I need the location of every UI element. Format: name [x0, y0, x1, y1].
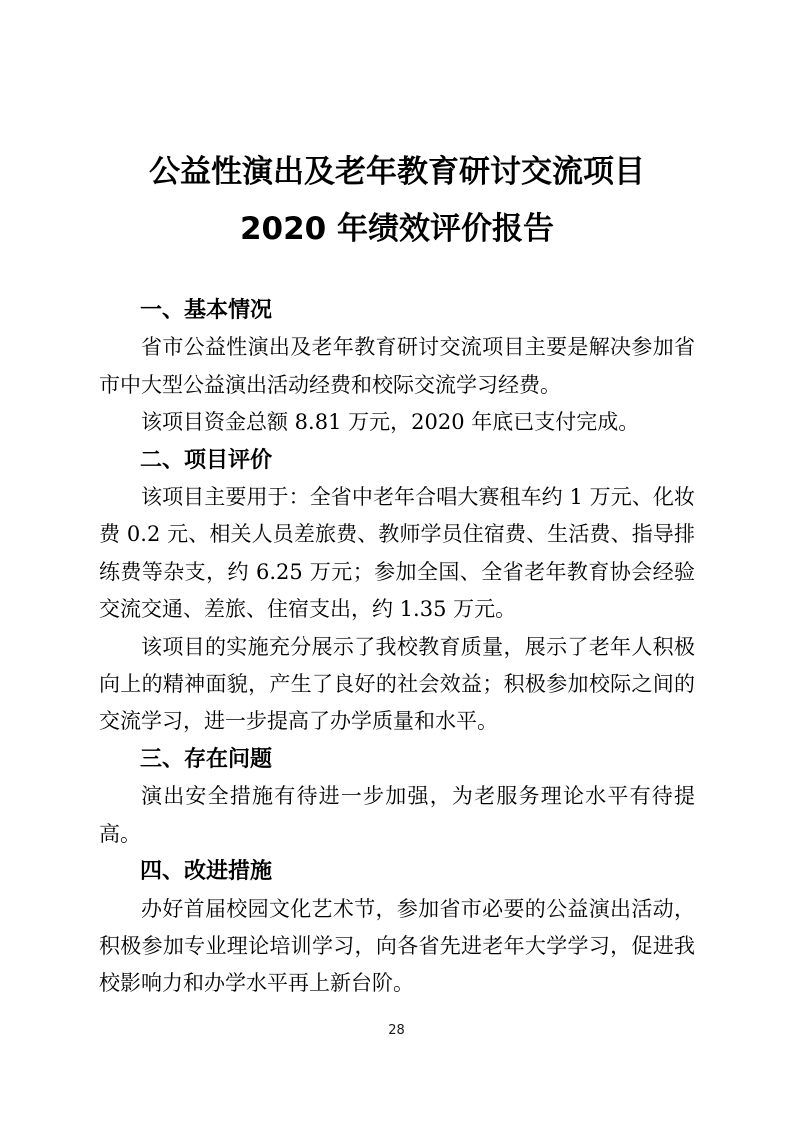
document-content: 公益性演出及老年教育研讨交流项目 2020 年绩效评价报告 一、基本情况 省市公… — [99, 0, 695, 1003]
document-body: 一、基本情况 省市公益性演出及老年教育研讨交流项目主要是解决参加省市中大型公益演… — [99, 292, 695, 1003]
title-line-1: 公益性演出及老年教育研讨交流项目 — [99, 144, 695, 201]
section-heading-basic-info: 一、基本情况 — [99, 292, 695, 329]
page-number: 28 — [0, 1022, 793, 1040]
document-title: 公益性演出及老年教育研讨交流项目 2020 年绩效评价报告 — [99, 144, 695, 258]
document-page: 公益性演出及老年教育研讨交流项目 2020 年绩效评价报告 一、基本情况 省市公… — [0, 0, 793, 1122]
paragraph-basic-info-2: 该项目资金总额 8.81 万元，2020 年底已支付完成。 — [99, 404, 695, 441]
section-heading-project-evaluation: 二、项目评价 — [99, 442, 695, 479]
paragraph-project-evaluation-1: 该项目主要用于：全省中老年合唱大赛租车约 1 万元、化妆费 0.2 元、相关人员… — [99, 479, 695, 629]
section-heading-existing-problems: 三、存在问题 — [99, 741, 695, 778]
section-heading-improvement-measures: 四、改进措施 — [99, 853, 695, 890]
paragraph-project-evaluation-2: 该项目的实施充分展示了我校教育质量，展示了老年人积极向上的精神面貌，产生了良好的… — [99, 629, 695, 741]
paragraph-improvement-measures-1: 办好首届校园文化艺术节，参加省市必要的公益演出活动，积极参加专业理论培训学习，向… — [99, 891, 695, 1003]
paragraph-basic-info-1: 省市公益性演出及老年教育研讨交流项目主要是解决参加省市中大型公益演出活动经费和校… — [99, 329, 695, 404]
paragraph-existing-problems-1: 演出安全措施有待进一步加强，为老服务理论水平有待提高。 — [99, 778, 695, 853]
title-line-2: 2020 年绩效评价报告 — [99, 201, 695, 258]
